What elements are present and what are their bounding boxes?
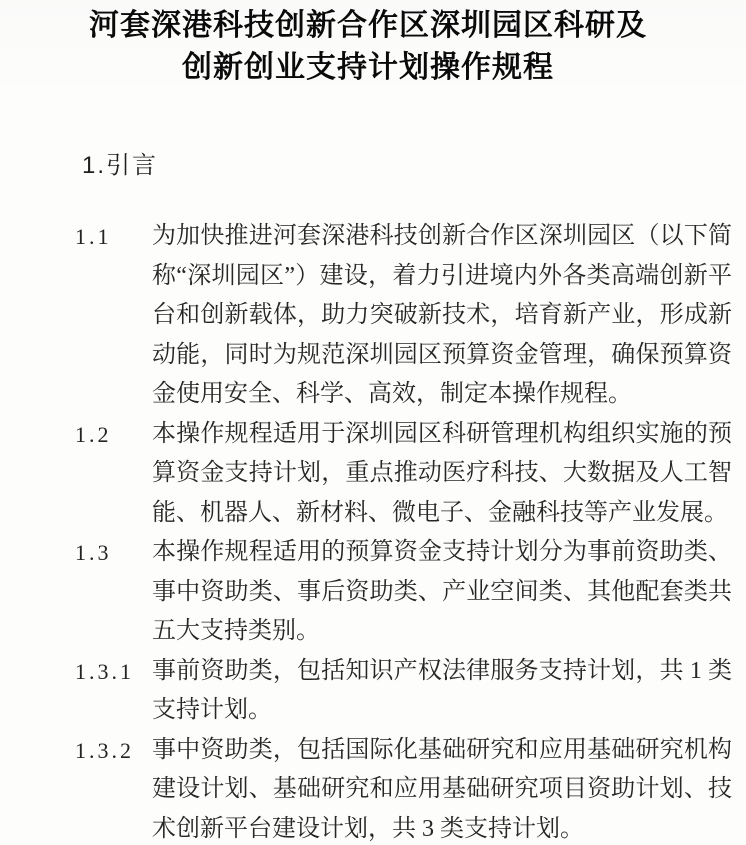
clause-text: 为加快推进河套深港科技创新合作区深圳园区（以下简称“深圳园区”）建设，着力引进境… — [152, 217, 732, 415]
clause-text: 本操作规程适用于深圳园区科研管理机构组织实施的预算资金支持计划，重点推动医疗科技… — [152, 415, 732, 534]
clause-number: 1.1 — [75, 217, 152, 257]
clause-text: 事中资助类，包括国际化基础研究和应用基础研究机构建设计划、基础研究和应用基础研究… — [152, 731, 732, 845]
clause-number: 1.3.1 — [75, 652, 152, 692]
document-page: 河套深港科技创新合作区深圳园区科研及 创新创业支持计划操作规程 1.引言 1.1… — [0, 0, 746, 845]
clause-number: 1.3 — [75, 533, 152, 573]
clause-row-1-3-1: 1.3.1 事前资助类，包括知识产权法律服务支持计划，共 1 类支持计划。 — [75, 652, 732, 731]
document-title: 河套深港科技创新合作区深圳园区科研及 创新创业支持计划操作规程 — [0, 5, 736, 89]
clause-number: 1.3.2 — [75, 731, 152, 771]
clause-row-1-1: 1.1 为加快推进河套深港科技创新合作区深圳园区（以下简称“深圳园区”）建设，着… — [75, 217, 732, 415]
clause-row-1-2: 1.2 本操作规程适用于深圳园区科研管理机构组织实施的预算资金支持计划，重点推动… — [75, 415, 732, 534]
clause-number: 1.2 — [75, 415, 152, 455]
document-title-line-1: 河套深港科技创新合作区深圳园区科研及 — [0, 5, 736, 47]
clause-text: 事前资助类，包括知识产权法律服务支持计划，共 1 类支持计划。 — [152, 652, 732, 731]
clause-row-1-3-2: 1.3.2 事中资助类，包括国际化基础研究和应用基础研究机构建设计划、基础研究和… — [75, 731, 732, 845]
clause-row-1-3: 1.3 本操作规程适用的预算资金支持计划分为事前资助类、事中资助类、事后资助类、… — [75, 533, 732, 652]
clause-list: 1.1 为加快推进河套深港科技创新合作区深圳园区（以下简称“深圳园区”）建设，着… — [75, 217, 732, 845]
document-title-line-2: 创新创业支持计划操作规程 — [0, 47, 736, 89]
clause-text: 本操作规程适用的预算资金支持计划分为事前资助类、事中资助类、事后资助类、产业空间… — [152, 533, 732, 652]
section-heading-introduction: 1.引言 — [82, 151, 158, 181]
